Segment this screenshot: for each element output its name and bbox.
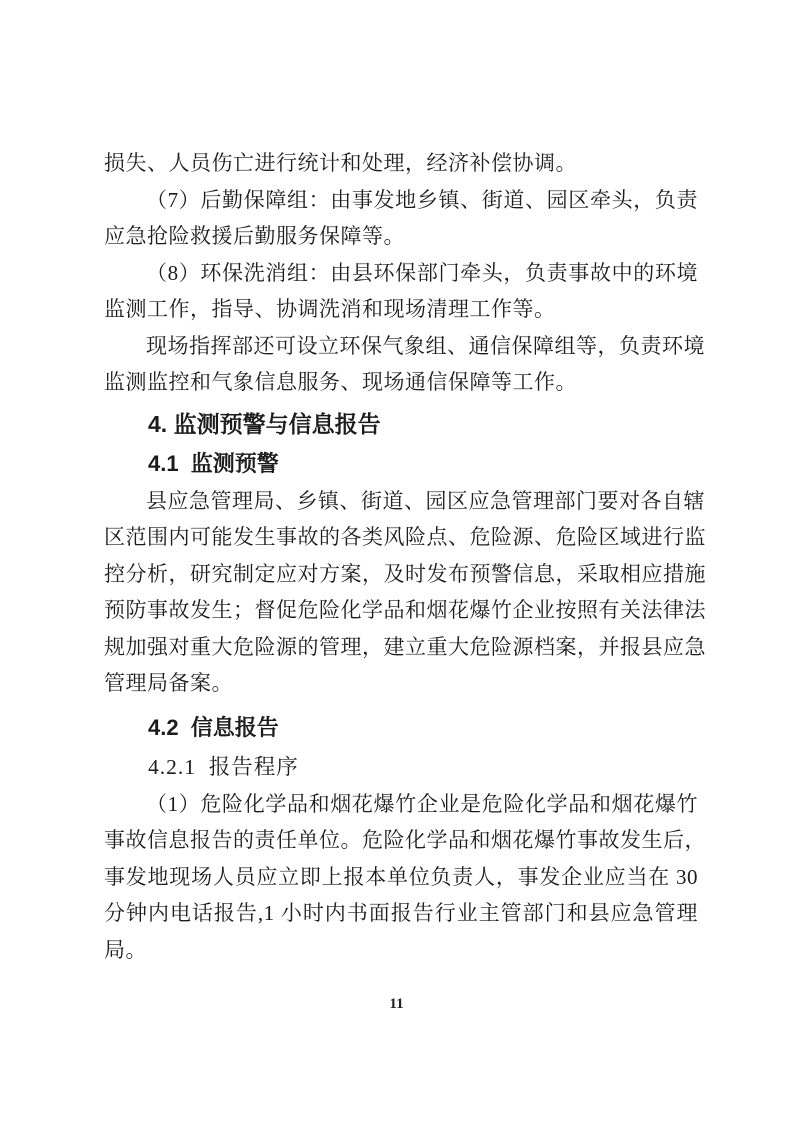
body-text-line: 事故信息报告的责任单位。危险化学品和烟花爆竹事故发生后， bbox=[104, 822, 698, 859]
section-heading-l1: 4. 监测预警与信息报告 bbox=[104, 404, 698, 445]
body-text-line: 应急抢险救援后勤服务保障等。 bbox=[104, 218, 698, 255]
section-heading-l2: 4.1 监测预警 bbox=[104, 445, 698, 483]
body-text-line: 监测监控和气象信息服务、现场通信保障等工作。 bbox=[104, 364, 698, 401]
body-text-line: （1）危险化学品和烟花爆竹企业是危险化学品和烟花爆竹 bbox=[104, 786, 698, 823]
body-text-line: 监测工作，指导、协调洗消和现场清理工作等。 bbox=[104, 291, 698, 328]
body-text-line: 县应急管理局、乡镇、街道、园区应急管理部门要对各自辖 bbox=[104, 483, 698, 520]
page-number: 11 bbox=[0, 996, 793, 1013]
body-text-line: 现场指挥部还可设立环保气象组、通信保障组等，负责环境 bbox=[104, 328, 698, 365]
body-text-line: 控分析，研究制定应对方案，及时发布预警信息，采取相应措施 bbox=[104, 556, 698, 593]
body-text-line: 事发地现场人员应立即上报本单位负责人，事发企业应当在 30 bbox=[104, 859, 698, 896]
section-heading-l2: 4.2 信息报告 bbox=[104, 709, 698, 747]
body-text-line: 规加强对重大危险源的管理，建立重大危险源档案，并报县应急 bbox=[104, 629, 698, 666]
document-page: 损失、人员伤亡进行统计和处理，经济补偿协调。（7）后勤保障组：由事发地乡镇、街道… bbox=[0, 0, 793, 1122]
body-text-line: （8）环保洗消组：由县环保部门牵头，负责事故中的环境 bbox=[104, 255, 698, 292]
body-text-line: 局。 bbox=[104, 932, 698, 969]
section-heading-l3: 4.2.1 报告程序 bbox=[104, 748, 698, 786]
body-text-line: （7）后勤保障组：由事发地乡镇、街道、园区牵头，负责 bbox=[104, 182, 698, 219]
body-text-line: 分钟内电话报告,1 小时内书面报告行业主管部门和县应急管理 bbox=[104, 895, 698, 932]
body-text-line: 预防事故发生；督促危险化学品和烟花爆竹企业按照有关法律法 bbox=[104, 592, 698, 629]
body-text-line: 区范围内可能发生事故的各类风险点、危险源、危险区域进行监 bbox=[104, 519, 698, 556]
body-text-line: 损失、人员伤亡进行统计和处理，经济补偿协调。 bbox=[104, 145, 698, 182]
document-body: 损失、人员伤亡进行统计和处理，经济补偿协调。（7）后勤保障组：由事发地乡镇、街道… bbox=[104, 145, 698, 968]
body-text-line: 管理局备案。 bbox=[104, 665, 698, 702]
